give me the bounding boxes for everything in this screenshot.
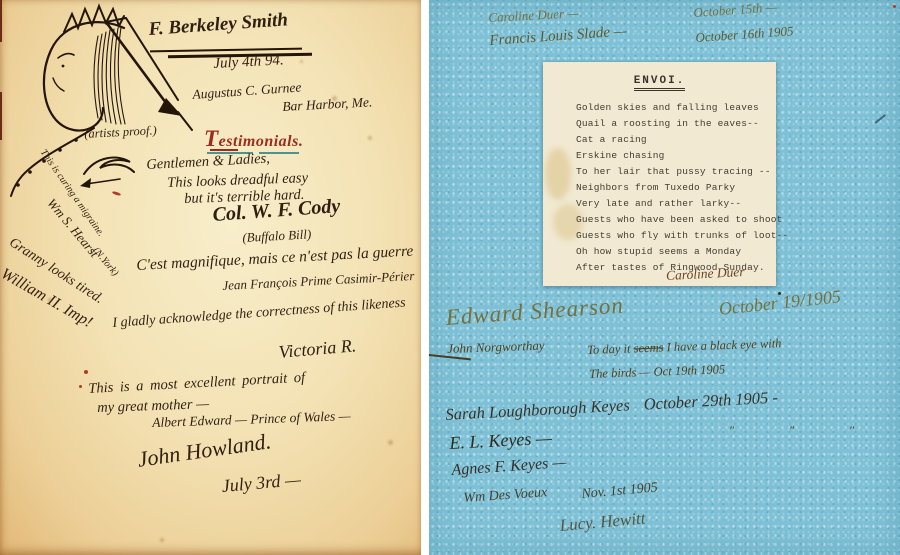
foxing-speck xyxy=(368,136,372,140)
poem-line: Oh how stupid seems a Monday xyxy=(576,246,741,257)
desvoeux-name: Wm Des Voeux xyxy=(463,486,548,507)
black-eye-note: To day it seems I have a black eye with xyxy=(587,337,782,357)
poem-card: ENVOI. Golden skies and falling leaves Q… xyxy=(543,62,776,286)
poem-line: Erskine chasing xyxy=(576,150,665,161)
foxing-speck xyxy=(388,440,393,445)
slade-date: October 16th 1905 xyxy=(695,24,794,44)
sarah-keyes-date: October 29th 1905 - xyxy=(643,388,778,414)
poem-line: To her lair that pussy tracing -- xyxy=(576,166,771,177)
shearson-name: Edward Shearson xyxy=(445,294,625,331)
wales-line1: This is a most excellent portrait of xyxy=(88,371,305,398)
card-stain xyxy=(545,148,571,200)
owner-place: Bar Harbor, Me. xyxy=(282,95,373,114)
pen-slash xyxy=(875,114,886,123)
left-page: F. Berkeley Smith July 4th 94. Augustus … xyxy=(0,0,421,555)
foxing-speck xyxy=(332,96,337,101)
margin-note-2-sub: (N.York) xyxy=(90,246,120,279)
artist-date: July 4th 94. xyxy=(213,53,284,72)
guestbook-scan: F. Berkeley Smith July 4th 94. Augustus … xyxy=(0,0,900,555)
red-ink-speck xyxy=(79,385,82,388)
poem-line: Golden skies and falling leaves xyxy=(576,102,759,113)
poem-line: Very late and rather larky-- xyxy=(576,198,741,209)
red-ink-speck xyxy=(84,370,88,374)
victoria-signature: Victoria R. xyxy=(278,336,357,362)
poem-line: Cat a racing xyxy=(576,134,647,145)
hewitt-signature: Lucy. Hewitt xyxy=(559,510,646,535)
poem-line: Guests who have been asked to shoot xyxy=(576,214,783,225)
howland-signature: John Howland. xyxy=(136,429,272,471)
norworthy-name: John Norgworthay xyxy=(447,339,545,356)
foxing-speck xyxy=(300,60,303,63)
foxing-speck xyxy=(160,538,164,542)
page-edge-mark xyxy=(0,92,2,140)
red-ink-speck xyxy=(893,5,896,8)
scribble-signature xyxy=(78,148,144,192)
duer-top-name: Caroline Duer — xyxy=(488,6,579,24)
agnes-keyes-signature: Agnes F. Keyes — xyxy=(451,455,567,480)
cody-alias: (Buffalo Bill) xyxy=(242,227,312,244)
ditto-marks: ″ ″ ″ xyxy=(729,424,854,437)
foxing-speck xyxy=(48,298,52,302)
howland-date: July 3rd — xyxy=(221,470,302,496)
struck-word: seems xyxy=(633,340,663,355)
page-edge-mark xyxy=(0,0,2,42)
slade-name: Francis Louis Slade — xyxy=(489,24,628,49)
right-page: Caroline Duer — October 15th — Francis L… xyxy=(429,0,900,555)
shearson-date: October 19/1905 xyxy=(718,287,842,319)
victoria-quote: I gladly acknowledge the correctness of … xyxy=(112,297,406,332)
heading-red-underline xyxy=(210,149,238,151)
desvoeux-date: Nov. 1st 1905 xyxy=(581,481,658,502)
poem-line: Quail a roosting in the eaves-- xyxy=(576,118,759,129)
sarah-keyes-entry: Sarah Loughborough KeyesOctober 29th 190… xyxy=(445,389,778,424)
perier-signature: Jean François Prime Casimir-Périer xyxy=(222,269,415,293)
poem-line: Neighbors from Tuxedo Parky xyxy=(576,182,735,193)
poem-line: Guests who fly with trunks of loot-- xyxy=(576,230,788,241)
poem-signature: Caroline Duer xyxy=(666,264,745,284)
poem-title: ENVOI. xyxy=(543,75,776,87)
el-keyes-signature: E. L. Keyes — xyxy=(449,429,552,453)
duer-top-date: October 15th — xyxy=(693,0,778,19)
black-eye-note-line2: The birds — Oct 19th 1905 xyxy=(589,363,725,381)
testimonials-heading: Testimonials. xyxy=(204,127,303,151)
